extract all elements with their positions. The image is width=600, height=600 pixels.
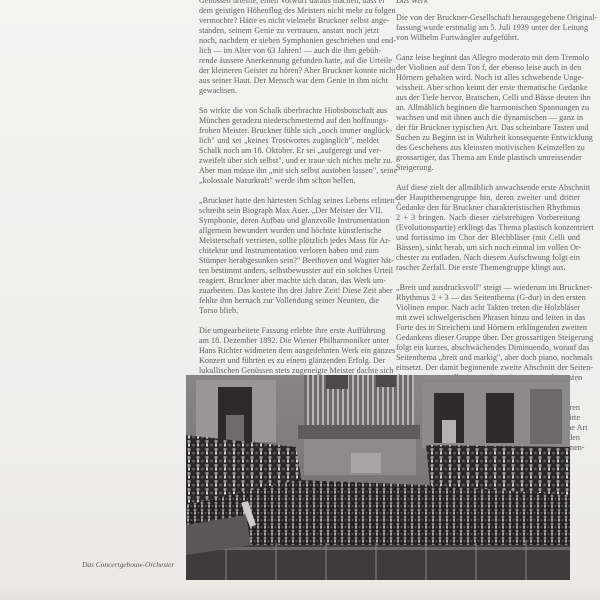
text-line: Schalk noch am 18. Oktober. Er sei „aufg… bbox=[199, 146, 379, 156]
text-column-left: Genossen urteilte, einen Vorwurf daraus … bbox=[199, 0, 379, 436]
text-line: Konzert und führten es zu einem glänzend… bbox=[199, 356, 379, 366]
album-liner-page: Genossen urteilte, einen Vorwurf daraus … bbox=[0, 0, 600, 600]
text-line: frohen Meister. Bruckner fühle sich „noc… bbox=[199, 126, 379, 136]
text-line: rende äussere Anerkennung gefunden hatte… bbox=[199, 56, 379, 66]
text-line: Rhythmus 2 + 3 — das Seitenthema (G-dur)… bbox=[396, 293, 580, 303]
text-line: zweifelt über sich selbst", und er traue… bbox=[199, 156, 379, 166]
text-line: allgemein bewundert wurden und höchste k… bbox=[199, 226, 379, 236]
text-line: Hörnern gehalten wird. Noch ist alles sc… bbox=[396, 73, 580, 83]
text-line: Steigerung. bbox=[396, 163, 580, 173]
text-line: Seitenthema „breit und markig", aber doc… bbox=[396, 353, 580, 363]
text-line: Stümper herabgesunken sein?" Beethoven u… bbox=[199, 256, 379, 266]
text-line: Auf diese zielt der allmählich anwachsen… bbox=[396, 183, 580, 193]
text-line: der für Bruckner typischen Art. Das sche… bbox=[396, 123, 580, 133]
text-line: München geradezu niederschmetternd auf d… bbox=[199, 116, 379, 126]
text-line: des Geschehens aus kleinsten motivischen… bbox=[396, 143, 580, 153]
text-line: dem geistigen Höhenflug des Meisters nic… bbox=[199, 6, 379, 16]
text-line: rascher Zerfall. Die erste Themengruppe … bbox=[396, 263, 580, 273]
text-line: Die von der Bruckner-Gesellschaft heraus… bbox=[396, 13, 580, 23]
text-line: zuarbeiten. Das kostete ihn drei Jahre Z… bbox=[199, 286, 379, 296]
text-line: Bässen), sinkt herab, um sich noch einma… bbox=[396, 243, 580, 253]
text-line: der Hauptthemengruppe hin, deren zweiter… bbox=[396, 193, 580, 203]
text-line: grossartiger, das Thema am Ende plastisc… bbox=[396, 153, 580, 163]
text-line: einsetzt. Der damit beginnende zweite Ab… bbox=[396, 363, 580, 373]
text-line: der kleineren Geister zu hören? Aber Bru… bbox=[199, 66, 379, 76]
paragraph: „Bruckner hatte den härtesten Schlag sei… bbox=[199, 196, 379, 316]
orchestra-photo bbox=[186, 375, 570, 580]
text-line: „Breit und ausdrucksvoll" steigt — wiede… bbox=[396, 283, 580, 293]
text-line: noch, nachdem er sieben Symphonien gesch… bbox=[199, 36, 379, 46]
text-line: Violinen empor. Nach acht Takten treten … bbox=[396, 303, 580, 313]
text-line: So wirkte die von Schalk überbrachte Hio… bbox=[199, 106, 379, 116]
text-line: „Bruckner hatte den härtesten Schlag sei… bbox=[199, 196, 379, 206]
section-heading: Das Werk bbox=[396, 0, 580, 6]
text-line: vermochte? Hätte es nicht vielmehr Bruck… bbox=[199, 16, 379, 26]
paragraph: Ganz leise beginnt das Allegro moderato … bbox=[396, 53, 580, 173]
text-line: „kolossale Naturkraft" werde ihm schon h… bbox=[199, 176, 379, 186]
photo-caption: Das Concertgebouw-Orchester bbox=[82, 560, 174, 569]
text-line: chitektur und Instrumentation verloren h… bbox=[199, 246, 379, 256]
paragraph: So wirkte die von Schalk überbrachte Hio… bbox=[199, 106, 379, 186]
paragraph: Auf diese zielt der allmählich anwachsen… bbox=[396, 183, 580, 273]
text-line: gewachsen. bbox=[199, 86, 379, 96]
text-line: lich — im Alter von 63 Jahren! — auch di… bbox=[199, 46, 379, 56]
text-line: Meisterschaft verrieten, sollte plötzlic… bbox=[199, 236, 379, 246]
text-line: mit zwei schwelgerischen Phrasen hinzu u… bbox=[396, 313, 580, 323]
text-line: Suchen zu Beginn ist in Wahrheit konsequ… bbox=[396, 133, 580, 143]
text-line: lich" und sei „keines Trostwortes zugäng… bbox=[199, 136, 379, 146]
text-line: Gedanke den für Bruckner charakteristisc… bbox=[396, 203, 580, 213]
text-line: wissheit. Aber schon keimt der erste the… bbox=[396, 83, 580, 93]
text-line: wachsen und mit ihnen auch die dynamisch… bbox=[396, 113, 580, 123]
text-line: am 18. Dezember 1892. Die Wiener Philhar… bbox=[199, 336, 379, 346]
text-line: fehlte ihm hernach zur Vollendung seiner… bbox=[199, 296, 379, 306]
text-line: Torso blieb. bbox=[199, 306, 379, 316]
text-line: chester zu entladen. Nach diesem Aufschw… bbox=[396, 253, 580, 263]
text-line: von Wilhelm Furtwängler aufgeführt. bbox=[396, 33, 580, 43]
text-line: an. Allmählich beginnen die harmonischen… bbox=[396, 103, 580, 113]
text-line: folgt ein kurzes, abschwächendes Diminue… bbox=[396, 343, 580, 353]
text-line: Hans Richter widmeten dem ausgedehnten W… bbox=[199, 346, 379, 356]
text-line: standen, seinem Genie zu vertrauen, anst… bbox=[199, 26, 379, 36]
text-line: Ganz leise beginnt das Allegro moderato … bbox=[396, 53, 580, 63]
text-line: und fortissimo im Chor der Blechbläser (… bbox=[396, 233, 580, 243]
text-line: Symphonie, deren Aufbau und glanzvolle I… bbox=[199, 216, 379, 226]
text-line: schreibt sein Biograph Max Auer. „Der Me… bbox=[199, 206, 379, 216]
page-edge bbox=[0, 582, 600, 600]
text-line: 2 + 3 bringen. Nach dieser zielstrebigen… bbox=[396, 213, 580, 223]
text-line: aus der Tiefe hervor. Bratschen, Celli u… bbox=[396, 93, 580, 103]
text-line: aus seiner Haut. Der Mensch war dem Geni… bbox=[199, 76, 379, 86]
concert-hall-image bbox=[186, 375, 570, 580]
paragraph: Die von der Bruckner-Gesellschaft heraus… bbox=[396, 13, 580, 43]
text-line: Forte des in Streichern und Hörnern erkl… bbox=[396, 323, 580, 333]
text-line: (Evolutionspartie) erklingt das Thema pl… bbox=[396, 223, 580, 233]
paragraph: Genossen urteilte, einen Vorwurf daraus … bbox=[199, 0, 379, 96]
text-line: der Violinen auf dem Ton f, der ebenso l… bbox=[396, 63, 580, 73]
text-line: ten bestimmt anders, selbstbewusster auf… bbox=[199, 266, 379, 276]
text-line: reagiert. Bruckner aber machte sich dara… bbox=[199, 276, 379, 286]
text-line: fassung wurde erstmalig am 5. Juli 1939 … bbox=[396, 23, 580, 33]
text-line: Aber man müsse ihn „mit sich selbst aust… bbox=[199, 166, 379, 176]
text-line: Die umgearbeitete Fassung erlebte ihre e… bbox=[199, 326, 379, 336]
text-line: Gedankens dieser Gruppe über. Der grossa… bbox=[396, 333, 580, 343]
